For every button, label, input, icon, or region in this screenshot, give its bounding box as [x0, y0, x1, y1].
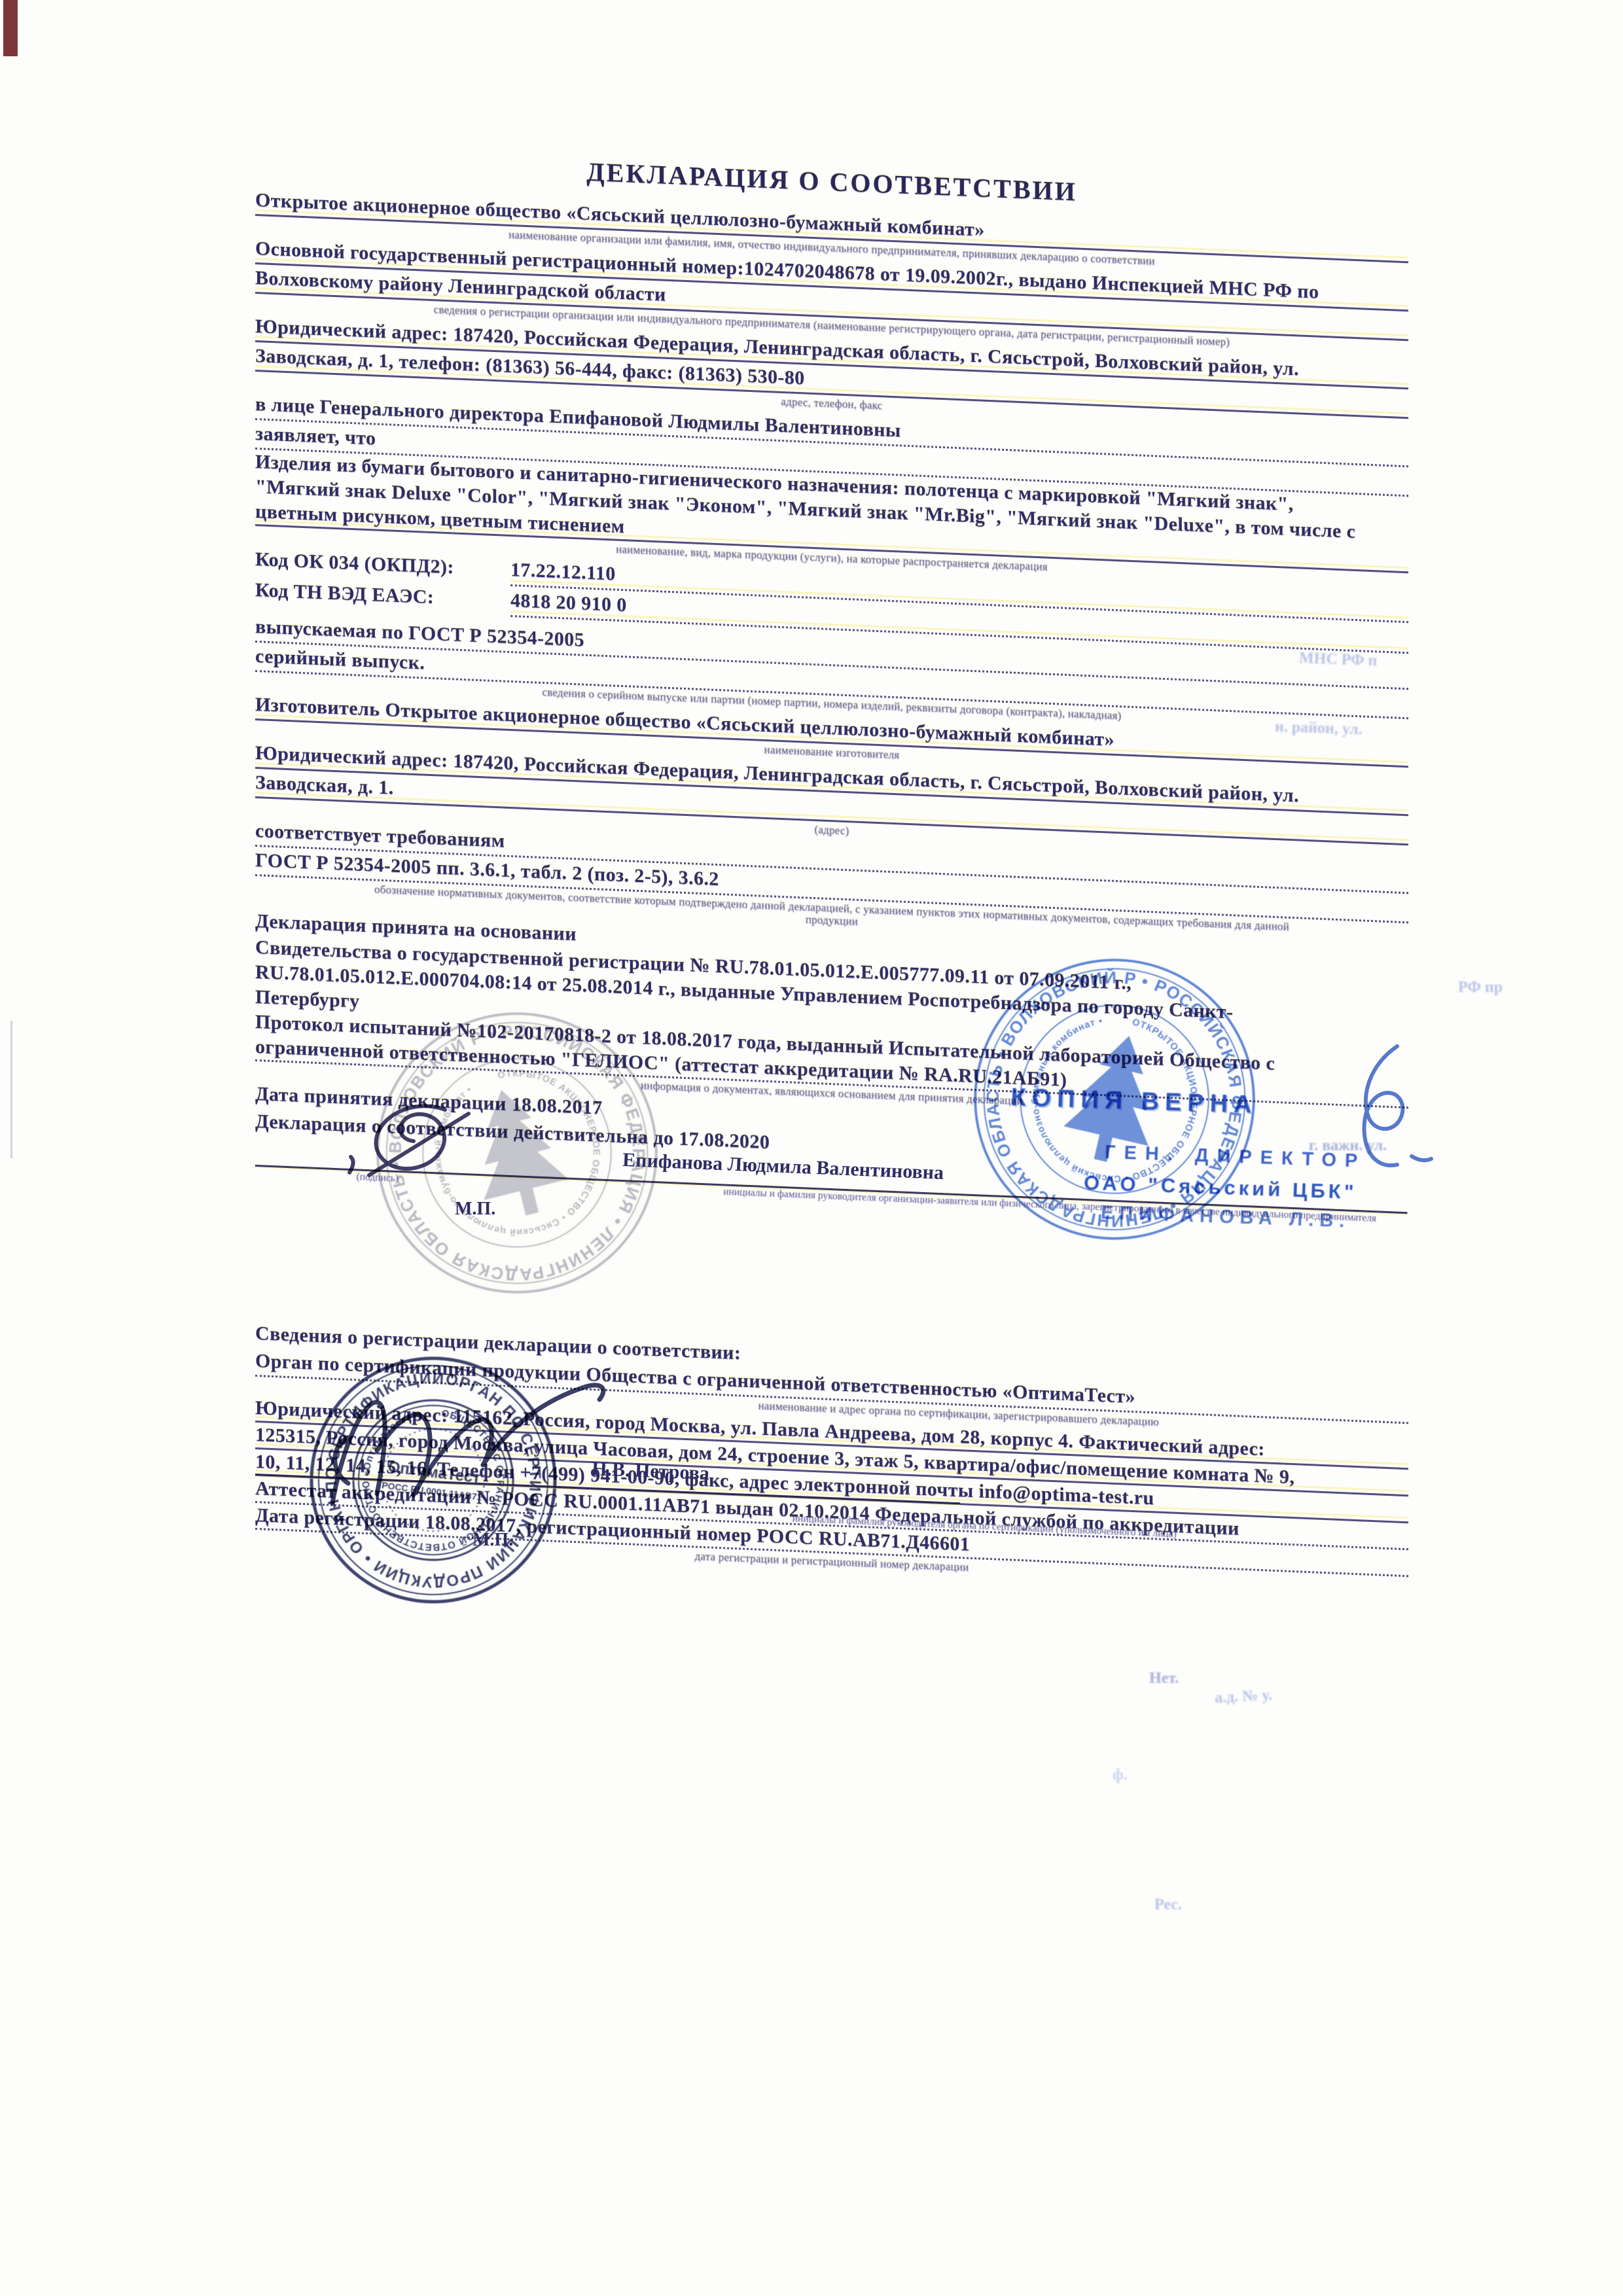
signature1-mp-label: М.П.	[455, 1199, 495, 1220]
bleed-fragment: Нет.	[1149, 1670, 1179, 1687]
signature2-mp-label: М.П.	[473, 1530, 513, 1551]
scan-edge-line	[10, 1021, 12, 1158]
bleed-fragment: а.д. № у.	[1214, 1687, 1272, 1708]
bleed-fragment: РФ пр	[1458, 979, 1503, 997]
cert-body-signature	[308, 1364, 648, 1541]
scanned-declaration-page: МНС РФ п н. район, ул. РФ пр г. важн. ул…	[0, 0, 1623, 2296]
declarant-signature	[340, 1094, 537, 1192]
bleed-fragment: ф.	[1113, 1767, 1128, 1784]
scan-corner-artifact	[3, 0, 18, 56]
bleed-fragment: Рес.	[1154, 1896, 1182, 1914]
director-signature-blue	[1299, 1037, 1463, 1188]
